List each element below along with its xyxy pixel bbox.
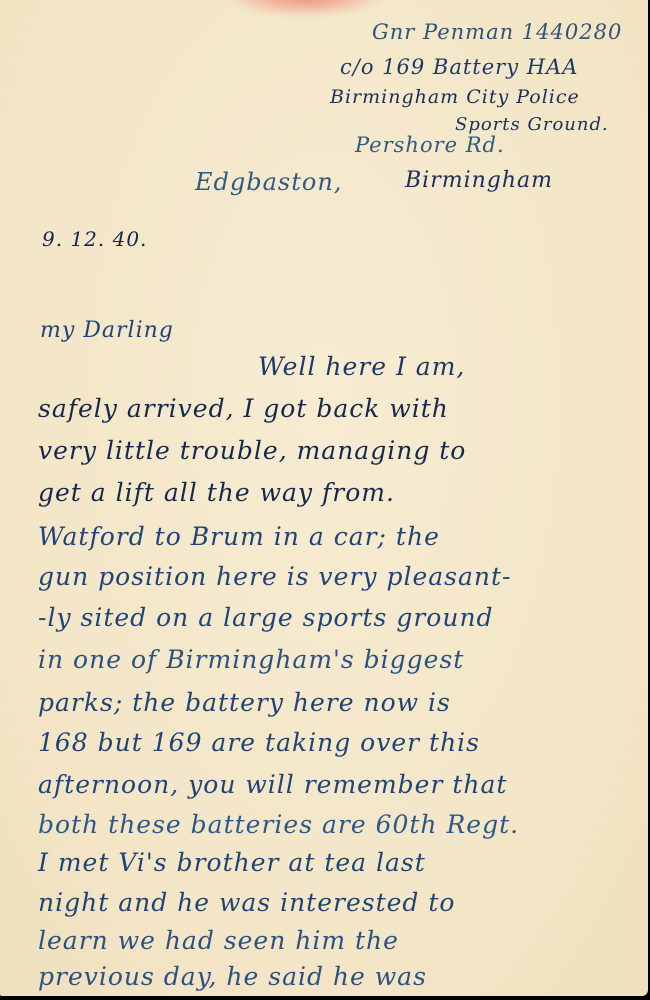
letter-date: 9. 12. 40. xyxy=(42,227,147,251)
letter-page: Gnr Penman 1440280 c/o 169 Battery HAA B… xyxy=(0,0,648,996)
body-line: in one of Birmingham's biggest xyxy=(38,645,464,674)
body-line: gun position here is very pleasant- xyxy=(38,562,512,591)
body-line: parks; the battery here now is xyxy=(38,688,451,717)
sender-place-line-1: Birmingham City Police xyxy=(330,86,580,108)
body-line: 168 but 169 are taking over this xyxy=(38,728,480,757)
salutation: my Darling xyxy=(40,318,174,343)
sender-city: Birmingham xyxy=(405,168,553,193)
body-line: safely arrived, I got back with xyxy=(38,394,449,423)
body-line: Watford to Brum in a car; the xyxy=(38,522,440,551)
body-line: Well here I am, xyxy=(258,352,465,381)
body-line: I met Vi's brother at tea last xyxy=(38,848,426,877)
sender-road-line: Pershore Rd. xyxy=(355,133,505,157)
body-line: get a lift all the way from. xyxy=(38,478,395,507)
body-line: both these batteries are 60th Regt. xyxy=(38,810,519,839)
sender-district: Edgbaston, xyxy=(195,168,342,196)
sender-place-line-2: Sports Ground. xyxy=(455,114,609,135)
body-line: very little trouble, managing to xyxy=(38,436,466,465)
sender-unit-line: c/o 169 Battery HAA xyxy=(340,55,578,79)
body-line: afternoon, you will remember that xyxy=(38,770,507,799)
body-line: -ly sited on a large sports ground xyxy=(38,603,494,632)
red-stain xyxy=(230,0,380,16)
sender-name-line: Gnr Penman 1440280 xyxy=(372,20,622,44)
